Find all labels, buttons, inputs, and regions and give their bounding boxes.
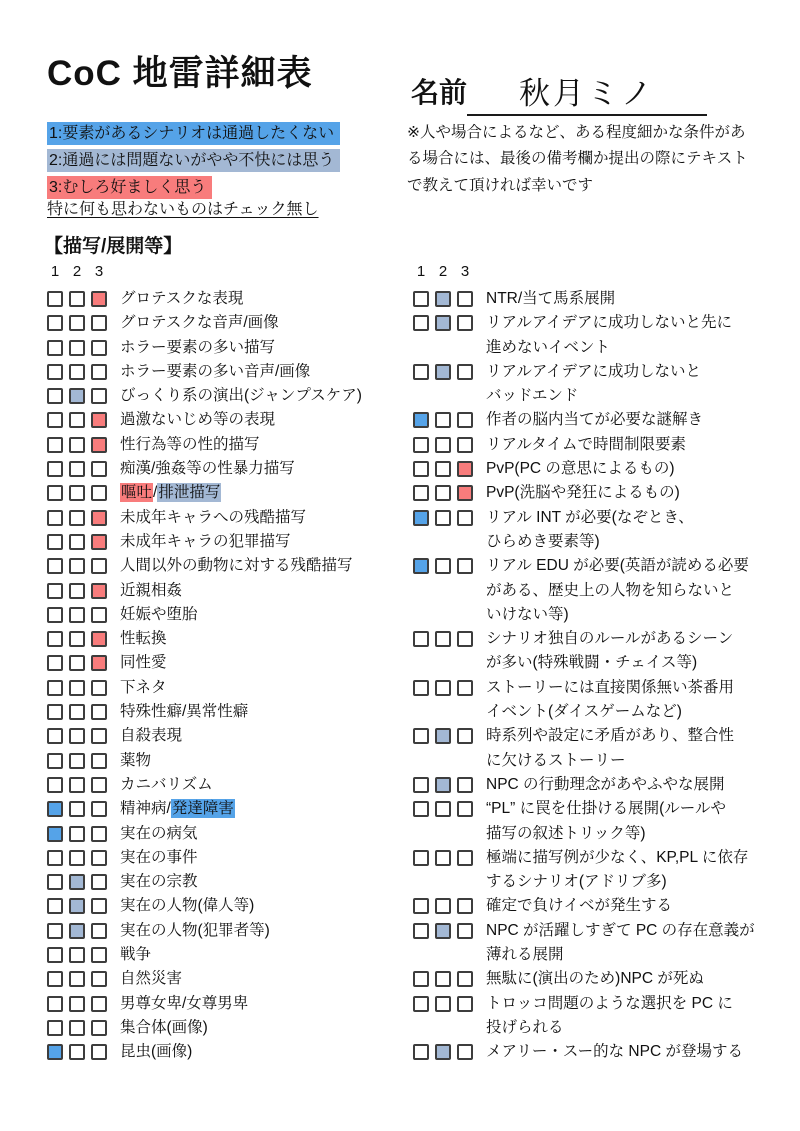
scale-number: 1 <box>47 263 63 287</box>
checklist-row: 実在の人物(犯罪者等) <box>47 919 407 943</box>
checkbox-level-2[interactable] <box>69 1020 85 1036</box>
checkbox-level-2[interactable] <box>69 826 85 842</box>
checkbox-level-1[interactable] <box>47 412 63 428</box>
checkbox-level-1[interactable] <box>47 777 63 793</box>
checkbox-level-3[interactable] <box>91 1044 107 1060</box>
checkbox-level-2[interactable] <box>69 753 85 769</box>
checkbox-level-1[interactable] <box>413 777 429 793</box>
checklist-row: リアルタイムで時間制限要素 <box>413 433 793 457</box>
item-label: 男尊女卑/女尊男卑 <box>120 992 248 1016</box>
checkbox-level-3[interactable] <box>457 801 473 817</box>
checkbox-level-1[interactable] <box>413 728 429 744</box>
checkbox-level-3[interactable] <box>91 510 107 526</box>
checkbox-level-3[interactable] <box>91 485 107 501</box>
item-label: 戦争 <box>120 943 151 967</box>
checkbox-level-3[interactable] <box>457 485 473 501</box>
item-label: 未成年キャラの犯罪描写 <box>120 530 291 554</box>
checkbox-level-3[interactable] <box>91 777 107 793</box>
item-label: カニバリズム <box>120 773 213 797</box>
checkbox-level-3[interactable] <box>91 850 107 866</box>
checkbox-level-2[interactable] <box>69 777 85 793</box>
checkbox-group <box>413 554 486 574</box>
name-field: 名前 秋月ミノ <box>411 70 707 116</box>
checkbox-group <box>47 724 120 744</box>
checklist-row: 集合体(画像) <box>47 1016 407 1040</box>
checkbox-group <box>47 457 120 477</box>
checkbox-level-2[interactable] <box>435 412 451 428</box>
item-label: 作者の脳内当てが必要な謎解き <box>486 408 703 432</box>
checkbox-level-2[interactable] <box>435 631 451 647</box>
item-label: 実在の病気 <box>120 822 198 846</box>
item-label: びっくり系の演出(ジャンプスケア) <box>120 384 362 408</box>
checkbox-level-3[interactable] <box>91 655 107 671</box>
item-label: グロテスクな表現 <box>120 287 243 311</box>
checkbox-level-3[interactable] <box>457 728 473 744</box>
checklist-row: NPC が活躍しすぎて PC の存在意義が薄れる展開 <box>413 919 793 968</box>
checkbox-group <box>47 846 120 866</box>
checkbox-level-1[interactable] <box>47 996 63 1012</box>
checklist-row: ホラー要素の多い音声/画像 <box>47 360 407 384</box>
checkbox-level-1[interactable] <box>47 874 63 890</box>
checkbox-level-1[interactable] <box>47 898 63 914</box>
scale-header-left: 123 <box>47 263 407 287</box>
checkbox-level-2[interactable] <box>69 510 85 526</box>
checkbox-level-1[interactable] <box>413 1044 429 1060</box>
checkbox-level-1[interactable] <box>47 923 63 939</box>
checkbox-level-2[interactable] <box>69 340 85 356</box>
item-label: リアルアイデアに成功しないとバッドエンド <box>486 360 701 409</box>
checkbox-level-1[interactable] <box>413 631 429 647</box>
item-label: 人間以外の動物に対する残酷描写 <box>120 554 353 578</box>
checkbox-level-2[interactable] <box>69 388 85 404</box>
checkbox-level-2[interactable] <box>435 971 451 987</box>
checkbox-level-2[interactable] <box>435 1044 451 1060</box>
checkbox-level-1[interactable] <box>47 826 63 842</box>
checkbox-level-1[interactable] <box>47 1020 63 1036</box>
checkbox-group <box>47 408 120 428</box>
legend-label-2: 2:通過には問題ないがやや不快には思う <box>47 149 340 172</box>
checkbox-level-2[interactable] <box>435 364 451 380</box>
checkbox-level-1[interactable] <box>413 412 429 428</box>
checkbox-level-3[interactable] <box>91 728 107 744</box>
checkbox-level-2[interactable] <box>435 728 451 744</box>
checkbox-level-3[interactable] <box>91 947 107 963</box>
checkbox-level-1[interactable] <box>47 631 63 647</box>
legend-line-2: 2:通過には問題ないがやや不快には思う <box>47 147 340 174</box>
checkbox-group <box>47 773 120 793</box>
checkbox-level-2[interactable] <box>69 607 85 623</box>
item-label: 集合体(画像) <box>120 1016 208 1040</box>
name-input[interactable]: 秋月ミノ <box>467 74 707 116</box>
checkbox-level-2[interactable] <box>69 874 85 890</box>
checkbox-group <box>47 992 120 1012</box>
checkbox-level-3[interactable] <box>457 923 473 939</box>
legend: 1:要素があるシナリオは通過したくない 2:通過には問題ないがやや不快には思う … <box>47 120 340 201</box>
scale-number: 2 <box>435 263 451 287</box>
checkbox-level-2[interactable] <box>69 364 85 380</box>
checkbox-group <box>413 846 486 866</box>
item-label: グロテスクな音声/画像 <box>120 311 279 335</box>
checkbox-level-3[interactable] <box>457 777 473 793</box>
checkbox-level-3[interactable] <box>91 923 107 939</box>
checkbox-level-2[interactable] <box>435 850 451 866</box>
checkbox-level-3[interactable] <box>457 461 473 477</box>
item-label: リアルアイデアに成功しないと先に進めないイベント <box>486 311 732 360</box>
checkbox-level-3[interactable] <box>457 437 473 453</box>
checkbox-level-3[interactable] <box>91 996 107 1012</box>
checklist-row: 作者の脳内当てが必要な謎解き <box>413 408 793 432</box>
checkbox-level-1[interactable] <box>47 971 63 987</box>
checkbox-level-3[interactable] <box>457 996 473 1012</box>
item-label: 近親相姦 <box>120 579 182 603</box>
checkbox-level-1[interactable] <box>47 388 63 404</box>
checkbox-level-1[interactable] <box>413 461 429 477</box>
scale-number: 2 <box>69 263 85 287</box>
checkbox-level-1[interactable] <box>47 704 63 720</box>
checkbox-level-3[interactable] <box>457 412 473 428</box>
checkbox-level-2[interactable] <box>69 996 85 1012</box>
checkbox-level-1[interactable] <box>47 753 63 769</box>
checklist-row: “PL” に罠を仕掛ける展開(ルールや描写の叙述トリック等) <box>413 797 793 846</box>
item-label: PvP(洗脳や発狂によるもの) <box>486 481 680 505</box>
checkbox-level-3[interactable] <box>457 631 473 647</box>
checkbox-group <box>413 457 486 477</box>
checkbox-group <box>413 773 486 793</box>
checkbox-level-1[interactable] <box>413 510 429 526</box>
checkbox-group <box>47 311 120 331</box>
checkbox-level-2[interactable] <box>435 315 451 331</box>
item-label: トロッコ問題のような選択を PC に投げられる <box>486 992 733 1041</box>
scale-header-right: 123 <box>413 263 793 287</box>
checkbox-level-3[interactable] <box>91 704 107 720</box>
checkbox-level-1[interactable] <box>47 437 63 453</box>
checkbox-level-1[interactable] <box>47 801 63 817</box>
checkbox-group <box>413 360 486 380</box>
checkbox-level-2[interactable] <box>69 898 85 914</box>
checklist-row: PvP(PC の意思によるもの) <box>413 457 793 481</box>
item-label: 下ネタ <box>120 676 167 700</box>
checkbox-group <box>413 797 486 817</box>
checklist-row: 薬物 <box>47 749 407 773</box>
checklist-row: グロテスクな表現 <box>47 287 407 311</box>
checklist-row: ホラー要素の多い描写 <box>47 336 407 360</box>
item-label: ホラー要素の多い音声/画像 <box>120 360 310 384</box>
checkbox-level-1[interactable] <box>413 996 429 1012</box>
checklist-row: シナリオ独自のルールがあるシーンが多い(特殊戦闘・チェイス等) <box>413 627 793 676</box>
checkbox-level-3[interactable] <box>91 898 107 914</box>
checkbox-level-3[interactable] <box>91 583 107 599</box>
checkbox-group <box>47 481 120 501</box>
item-label: 性転換 <box>120 627 167 651</box>
checkbox-level-2[interactable] <box>435 996 451 1012</box>
checklist-row: ストーリーには直接関係無い茶番用イベント(ダイスゲームなど) <box>413 676 793 725</box>
checkbox-level-3[interactable] <box>91 412 107 428</box>
checkbox-level-1[interactable] <box>47 850 63 866</box>
checkbox-level-3[interactable] <box>457 898 473 914</box>
checklist-row: 精神病/発達障害 <box>47 797 407 821</box>
checkbox-group <box>413 627 486 647</box>
item-label: 実在の事件 <box>120 846 198 870</box>
checkbox-level-2[interactable] <box>435 485 451 501</box>
checklist-row: 確定で負けイベが発生する <box>413 894 793 918</box>
checkbox-level-3[interactable] <box>457 1044 473 1060</box>
checklist-items-left: グロテスクな表現グロテスクな音声/画像ホラー要素の多い描写ホラー要素の多い音声/… <box>47 287 407 1065</box>
checkbox-level-3[interactable] <box>91 364 107 380</box>
checkbox-level-3[interactable] <box>457 850 473 866</box>
checkbox-group <box>47 676 120 696</box>
legend-line-1: 1:要素があるシナリオは通過したくない <box>47 120 340 147</box>
item-label: 確定で負けイベが発生する <box>486 894 672 918</box>
checkbox-level-2[interactable] <box>69 534 85 550</box>
item-label: 実在の宗教 <box>120 870 198 894</box>
checkbox-level-2[interactable] <box>69 558 85 574</box>
checklist-row: PvP(洗脳や発狂によるもの) <box>413 481 793 505</box>
checklist-row: 実在の病気 <box>47 822 407 846</box>
checkbox-level-2[interactable] <box>69 971 85 987</box>
checkbox-level-3[interactable] <box>91 874 107 890</box>
item-label: 昆虫(画像) <box>120 1040 192 1064</box>
checkbox-level-1[interactable] <box>413 291 429 307</box>
checkbox-group <box>47 603 120 623</box>
checkbox-level-1[interactable] <box>47 485 63 501</box>
checkbox-level-2[interactable] <box>69 412 85 428</box>
checklist-row: 実在の宗教 <box>47 870 407 894</box>
checkbox-level-1[interactable] <box>47 607 63 623</box>
checkbox-group <box>413 676 486 696</box>
checkbox-level-3[interactable] <box>457 315 473 331</box>
checkbox-group <box>47 967 120 987</box>
item-label: NTR/当て馬系展開 <box>486 287 615 311</box>
checkbox-level-1[interactable] <box>47 510 63 526</box>
checkbox-level-2[interactable] <box>69 315 85 331</box>
checklist-items-right: NTR/当て馬系展開リアルアイデアに成功しないと先に進めないイベントリアルアイデ… <box>413 287 793 1065</box>
checkbox-group <box>47 336 120 356</box>
scale-number: 1 <box>413 263 429 287</box>
checklist-row: メアリー・スー的な NPC が登場する <box>413 1040 793 1064</box>
checkbox-level-1[interactable] <box>413 364 429 380</box>
item-label: “PL” に罠を仕掛ける展開(ルールや描写の叙述トリック等) <box>486 797 726 846</box>
checkbox-level-3[interactable] <box>91 971 107 987</box>
checkbox-level-3[interactable] <box>91 388 107 404</box>
checklist-row: 性転換 <box>47 627 407 651</box>
checkbox-level-3[interactable] <box>91 826 107 842</box>
checkbox-level-3[interactable] <box>91 340 107 356</box>
checkbox-level-2[interactable] <box>435 510 451 526</box>
checkbox-group <box>47 384 120 404</box>
checkbox-level-3[interactable] <box>91 801 107 817</box>
checkbox-level-1[interactable] <box>413 680 429 696</box>
checkbox-level-1[interactable] <box>47 1044 63 1060</box>
checkbox-group <box>47 651 120 671</box>
checkbox-level-3[interactable] <box>91 680 107 696</box>
checkbox-level-1[interactable] <box>47 558 63 574</box>
checkbox-level-1[interactable] <box>413 923 429 939</box>
checkbox-level-3[interactable] <box>91 558 107 574</box>
checkbox-level-1[interactable] <box>47 680 63 696</box>
checkbox-level-2[interactable] <box>69 437 85 453</box>
checklist-row: 男尊女卑/女尊男卑 <box>47 992 407 1016</box>
checklist-row: 無駄に(演出のため)NPC が死ぬ <box>413 967 793 991</box>
name-label: 名前 <box>411 70 467 116</box>
checkbox-level-2[interactable] <box>435 680 451 696</box>
checkbox-level-3[interactable] <box>91 461 107 477</box>
checkbox-level-1[interactable] <box>47 315 63 331</box>
checkbox-level-1[interactable] <box>413 850 429 866</box>
checkbox-group <box>413 311 486 331</box>
checkbox-level-3[interactable] <box>457 364 473 380</box>
item-label: 未成年キャラへの残酷描写 <box>120 506 306 530</box>
checkbox-level-2[interactable] <box>435 777 451 793</box>
checkbox-level-2[interactable] <box>435 461 451 477</box>
checkbox-level-3[interactable] <box>91 607 107 623</box>
item-label: 同性愛 <box>120 651 167 675</box>
checklist-row: 自殺表現 <box>47 724 407 748</box>
checkbox-level-2[interactable] <box>69 291 85 307</box>
checkbox-level-2[interactable] <box>69 704 85 720</box>
checklist-row: 昆虫(画像) <box>47 1040 407 1064</box>
item-label: NPC が活躍しすぎて PC の存在意義が薄れる展開 <box>486 919 755 968</box>
checkbox-group <box>47 554 120 574</box>
checkbox-level-1[interactable] <box>47 340 63 356</box>
checkbox-group <box>413 433 486 453</box>
checklist-row: 戦争 <box>47 943 407 967</box>
item-label: ストーリーには直接関係無い茶番用イベント(ダイスゲームなど) <box>486 676 734 725</box>
checkbox-level-2[interactable] <box>435 898 451 914</box>
item-label: 自殺表現 <box>120 724 182 748</box>
checkbox-level-3[interactable] <box>91 1020 107 1036</box>
item-label: 特殊性癖/異常性癖 <box>120 700 248 724</box>
checkbox-level-2[interactable] <box>435 923 451 939</box>
checkbox-level-1[interactable] <box>413 315 429 331</box>
item-label: シナリオ独自のルールがあるシーンが多い(特殊戦闘・チェイス等) <box>486 627 733 676</box>
no-check-note: 特に何も思わないものはチェック無し <box>47 196 319 219</box>
checklist-row: 未成年キャラへの残酷描写 <box>47 506 407 530</box>
checkbox-level-1[interactable] <box>47 655 63 671</box>
checkbox-level-3[interactable] <box>91 753 107 769</box>
checkbox-level-2[interactable] <box>69 680 85 696</box>
checkbox-level-1[interactable] <box>47 364 63 380</box>
item-label: 自然災害 <box>120 967 182 991</box>
checkbox-group <box>413 894 486 914</box>
checkbox-level-2[interactable] <box>69 631 85 647</box>
checkbox-group <box>47 870 120 890</box>
checkbox-level-1[interactable] <box>413 485 429 501</box>
checkbox-level-2[interactable] <box>69 947 85 963</box>
checkbox-level-1[interactable] <box>413 558 429 574</box>
item-label: 嘔吐/排泄描写 <box>120 481 221 505</box>
checkbox-level-1[interactable] <box>47 291 63 307</box>
page: CoC 地雷詳細表 名前 秋月ミノ ※人や場合によるなど、ある程度細かな条件があ… <box>0 0 800 1131</box>
checklist-row: リアルアイデアに成功しないとバッドエンド <box>413 360 793 409</box>
checkbox-group <box>413 506 486 526</box>
checklist-row: 下ネタ <box>47 676 407 700</box>
checklist-row: 時系列や設定に矛盾があり、整合性に欠けるストーリー <box>413 724 793 773</box>
checkbox-level-2[interactable] <box>435 801 451 817</box>
checklist-column-right: 123 NTR/当て馬系展開リアルアイデアに成功しないと先に進めないイベントリア… <box>413 263 793 1065</box>
checkbox-level-3[interactable] <box>91 291 107 307</box>
item-label: 実在の人物(偉人等) <box>120 894 254 918</box>
checkbox-group <box>47 749 120 769</box>
checkbox-level-2[interactable] <box>69 728 85 744</box>
checkbox-level-2[interactable] <box>69 1044 85 1060</box>
item-label: NPC の行動理念があやふやな展開 <box>486 773 725 797</box>
item-label: 実在の人物(犯罪者等) <box>120 919 270 943</box>
checkbox-level-1[interactable] <box>47 947 63 963</box>
checklist-row: グロテスクな音声/画像 <box>47 311 407 335</box>
scale-number: 3 <box>91 263 107 287</box>
checklist-row: NPC の行動理念があやふやな展開 <box>413 773 793 797</box>
legend-label-1: 1:要素があるシナリオは通過したくない <box>47 122 340 145</box>
checkbox-level-3[interactable] <box>91 315 107 331</box>
checklist-row: リアル INT が必要(なぞとき、ひらめき要素等) <box>413 506 793 555</box>
checkbox-level-1[interactable] <box>413 801 429 817</box>
checkbox-level-3[interactable] <box>457 971 473 987</box>
name-value: 秋月ミノ <box>519 76 655 111</box>
checkbox-level-3[interactable] <box>457 558 473 574</box>
scale-number: 3 <box>457 263 473 287</box>
checklist-row: 性行為等の性的描写 <box>47 433 407 457</box>
checkbox-level-1[interactable] <box>47 583 63 599</box>
checkbox-level-1[interactable] <box>413 898 429 914</box>
checklist-row: 人間以外の動物に対する残酷描写 <box>47 554 407 578</box>
checkbox-level-2[interactable] <box>435 437 451 453</box>
checkbox-group <box>47 360 120 380</box>
checkbox-level-2[interactable] <box>69 801 85 817</box>
checkbox-level-2[interactable] <box>69 485 85 501</box>
checkbox-level-1[interactable] <box>47 728 63 744</box>
checkbox-level-1[interactable] <box>413 437 429 453</box>
item-label: 極端に描写例が少なく、KP,PL に依存するシナリオ(アドリブ多) <box>486 846 748 895</box>
checkbox-level-3[interactable] <box>91 631 107 647</box>
checkbox-level-1[interactable] <box>47 534 63 550</box>
checklist-row: 妊娠や堕胎 <box>47 603 407 627</box>
checkbox-level-2[interactable] <box>69 923 85 939</box>
checklist-row: 同性愛 <box>47 651 407 675</box>
checkbox-group <box>47 530 120 550</box>
item-label: 過激ないじめ等の表現 <box>120 408 275 432</box>
checklist-row: 嘔吐/排泄描写 <box>47 481 407 505</box>
checkbox-level-2[interactable] <box>69 583 85 599</box>
checklist-column-left: 123 グロテスクな表現グロテスクな音声/画像ホラー要素の多い描写ホラー要素の多… <box>47 263 407 1065</box>
checklist-row: リアル EDU が必要(英語が読める必要がある、歴史上の人物を知らないといけない… <box>413 554 793 627</box>
checkbox-group <box>47 797 120 817</box>
checkbox-level-3[interactable] <box>91 534 107 550</box>
checklist-row: トロッコ問題のような選択を PC に投げられる <box>413 992 793 1041</box>
checkbox-group <box>413 1040 486 1060</box>
checkbox-group <box>413 408 486 428</box>
checkbox-level-3[interactable] <box>457 510 473 526</box>
checkbox-level-2[interactable] <box>69 655 85 671</box>
checkbox-level-3[interactable] <box>91 437 107 453</box>
item-label: 痴漢/強姦等の性暴力描写 <box>120 457 295 481</box>
checkbox-level-1[interactable] <box>413 971 429 987</box>
checkbox-level-2[interactable] <box>435 291 451 307</box>
checkbox-level-3[interactable] <box>457 680 473 696</box>
checkbox-group <box>47 287 120 307</box>
checkbox-level-3[interactable] <box>457 291 473 307</box>
item-label: リアル INT が必要(なぞとき、ひらめき要素等) <box>486 506 694 555</box>
checklist-row: 痴漢/強姦等の性暴力描写 <box>47 457 407 481</box>
checkbox-level-1[interactable] <box>47 461 63 477</box>
checkbox-level-2[interactable] <box>435 558 451 574</box>
item-label: リアルタイムで時間制限要素 <box>486 433 686 457</box>
item-label: 時系列や設定に矛盾があり、整合性に欠けるストーリー <box>486 724 734 773</box>
checkbox-group <box>413 919 486 939</box>
checklist-row: 実在の人物(偉人等) <box>47 894 407 918</box>
item-label: 精神病/発達障害 <box>120 797 235 821</box>
checkbox-level-2[interactable] <box>69 461 85 477</box>
checkbox-level-2[interactable] <box>69 850 85 866</box>
